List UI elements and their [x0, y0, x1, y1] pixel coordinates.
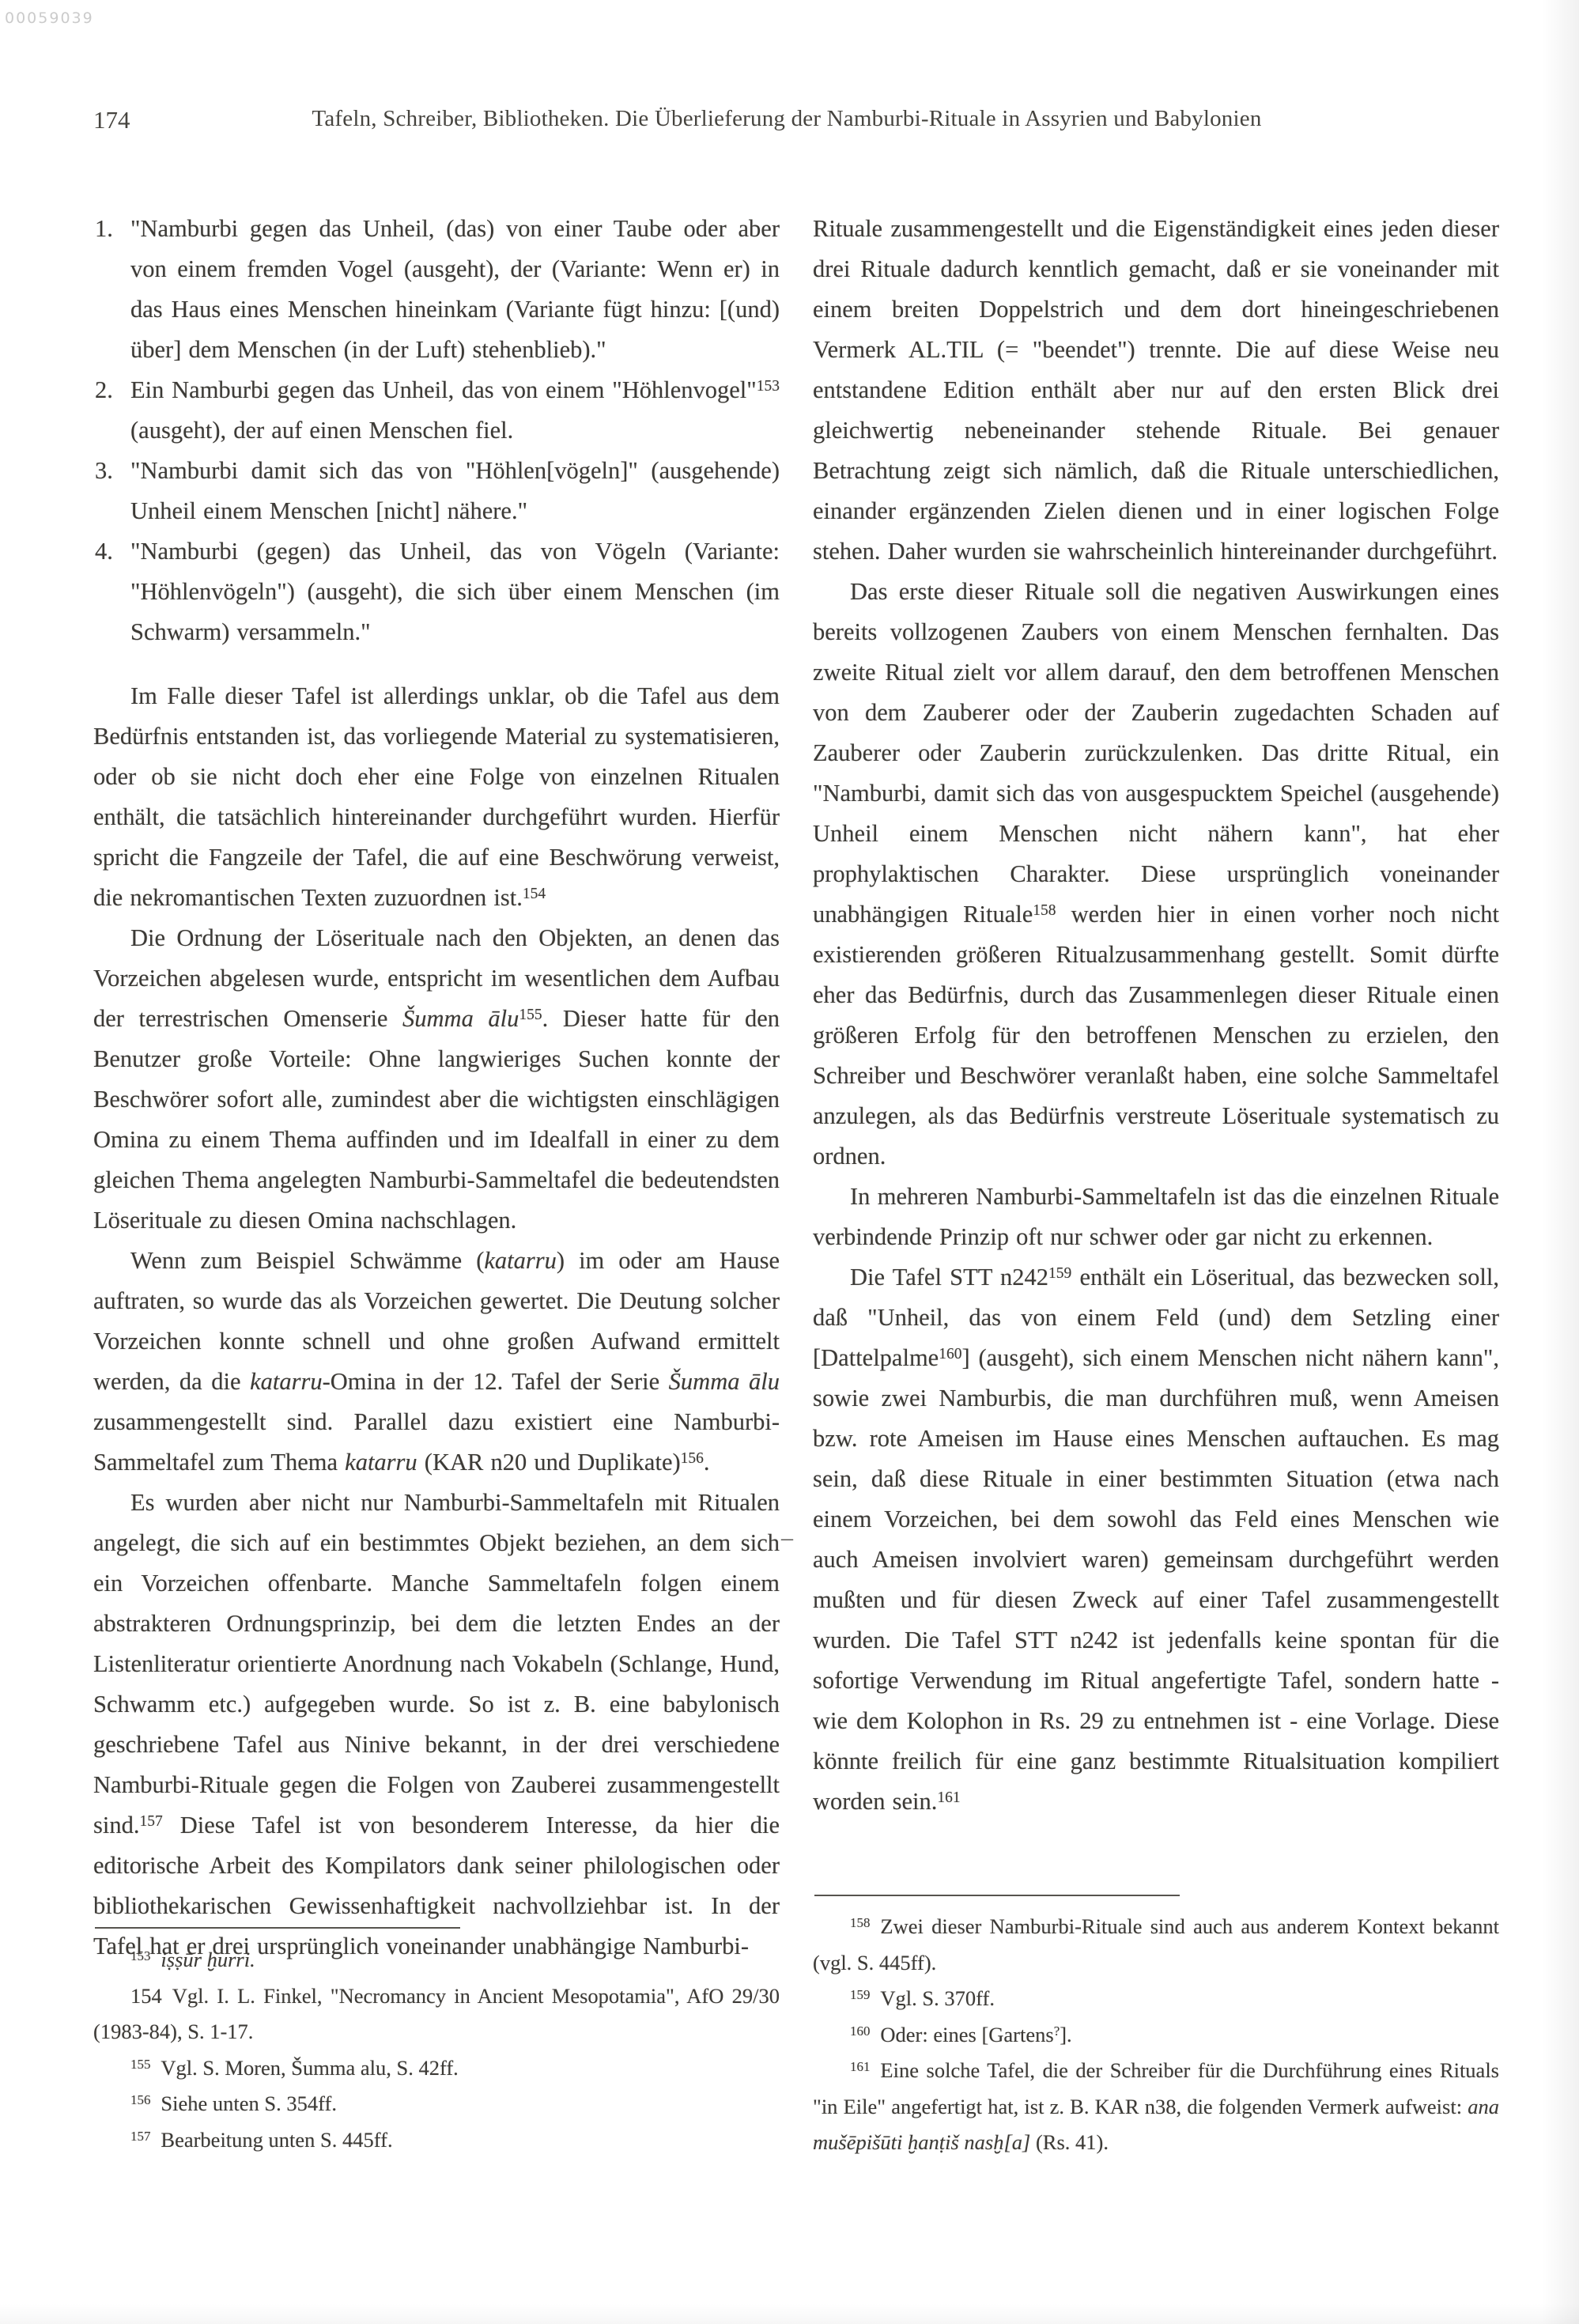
scan-edge-shadow-bottom [0, 2303, 1579, 2324]
paragraph: Im Falle dieser Tafel ist allerdings unk… [93, 676, 780, 918]
footnote-text: Eine solche Tafel, die der Schreiber für… [813, 2058, 1499, 2154]
list-item: 1. "Namburbi gegen das Unheil, (das) von… [93, 209, 780, 370]
list-number: 4. [95, 531, 113, 572]
paragraph: Die Ordnung der Löserituale nach den Obj… [93, 918, 780, 1241]
list-text: Ein Namburbi gegen das Unheil, das von e… [130, 376, 780, 444]
footnote: 158Zwei dieser Namburbi-Rituale sind auc… [813, 1909, 1499, 1981]
footnote: 156Siehe unten S. 354ff. [93, 2086, 780, 2122]
list-item: 3. "Namburbi damit sich das von "Höhlen[… [93, 451, 780, 531]
footnote-number: 155 [130, 2056, 161, 2080]
left-footnotes: 153iṣṣūr ḫurri. 154Vgl. I. L. Finkel, "N… [93, 1942, 780, 2158]
footnote-text: iṣṣūr ḫurri. [161, 1948, 255, 1971]
list-item: 4. "Namburbi (gegen) das Unheil, das von… [93, 531, 780, 652]
left-column: 1. "Namburbi gegen das Unheil, (das) von… [93, 209, 780, 1967]
right-footnotes: 158Zwei dieser Namburbi-Rituale sind auc… [813, 1909, 1499, 2161]
footnote-text: Vgl. S. 370ff. [880, 1986, 995, 2010]
right-paragraphs: Rituale zusammengestellt und die Eigenst… [813, 209, 1499, 1822]
footnote-text: Oder: eines [Gartens?]. [880, 2023, 1071, 2046]
list-text: "Namburbi damit sich das von "Höhlen[vög… [130, 457, 780, 524]
list-item: 2. Ein Namburbi gegen das Unheil, das vo… [93, 370, 780, 451]
left-paragraphs: Im Falle dieser Tafel ist allerdings unk… [93, 676, 780, 1967]
scan-edge-shadow-right [1541, 0, 1579, 2324]
footnote-text: Zwei dieser Namburbi-Rituale sind auch a… [813, 1914, 1499, 1974]
footnote-number: 154 [130, 1984, 172, 2008]
footnote: 154Vgl. I. L. Finkel, "Necromancy in Anc… [93, 1978, 780, 2050]
paragraph: In mehreren Namburbi-Sammeltafeln ist da… [813, 1177, 1499, 1257]
footnote-number: 157 [130, 2128, 161, 2152]
list-text: "Namburbi (gegen) das Unheil, das von Vö… [130, 538, 780, 645]
footnote: 153iṣṣūr ḫurri. [93, 1942, 780, 1978]
footnote-text: Bearbeitung unten S. 445ff. [161, 2128, 392, 2152]
footnote-number: 153 [130, 1948, 161, 1971]
scanned-page: { "scan_id": "00059039", "page": { "numb… [0, 0, 1579, 2324]
footnote-text: Siehe unten S. 354ff. [161, 2092, 337, 2115]
list-number: 1. [95, 209, 113, 249]
list-number: 2. [95, 370, 113, 410]
right-column: Rituale zusammengestellt und die Eigenst… [813, 209, 1499, 1822]
footnote-text: Vgl. I. L. Finkel, "Necromancy in Ancien… [93, 1984, 780, 2044]
footnote: 155Vgl. S. Moren, Šumma alu, S. 42ff. [93, 2050, 780, 2087]
footnote: 157Bearbeitung unten S. 445ff. [93, 2122, 780, 2159]
running-head-title: Tafeln, Schreiber, Bibliotheken. Die Übe… [119, 106, 1455, 132]
footnote: 161Eine solche Tafel, die der Schreiber … [813, 2053, 1499, 2161]
footnote-rule-left [95, 1927, 460, 1929]
footnote-number: 159 [850, 1986, 880, 2010]
paragraph: Es wurden aber nicht nur Namburbi-Sammel… [93, 1483, 780, 1967]
paragraph: Die Tafel STT n242159 enthält ein Löseri… [813, 1257, 1499, 1822]
ritual-list: 1. "Namburbi gegen das Unheil, (das) von… [93, 209, 780, 652]
list-text: "Namburbi gegen das Unheil, (das) von ei… [130, 215, 780, 363]
paragraph: Wenn zum Beispiel Schwämme (katarru) im … [93, 1241, 780, 1483]
margin-dash-mark: – [781, 1525, 793, 1551]
footnote-number: 161 [850, 2058, 880, 2082]
footnote-number: 156 [130, 2092, 161, 2115]
footnote-number: 158 [850, 1914, 880, 1938]
footnote: 160Oder: eines [Gartens?]. [813, 2017, 1499, 2054]
footnote: 159Vgl. S. 370ff. [813, 1981, 1499, 2017]
paragraph: Das erste dieser Rituale soll die negati… [813, 572, 1499, 1177]
scan-serial-number: 00059039 [5, 9, 94, 27]
footnote-text: Vgl. S. Moren, Šumma alu, S. 42ff. [161, 2056, 458, 2080]
paragraph: Rituale zusammengestellt und die Eigenst… [813, 209, 1499, 572]
list-number: 3. [95, 451, 113, 491]
footnote-number: 160 [850, 2023, 880, 2046]
footnote-rule-right [814, 1895, 1180, 1896]
